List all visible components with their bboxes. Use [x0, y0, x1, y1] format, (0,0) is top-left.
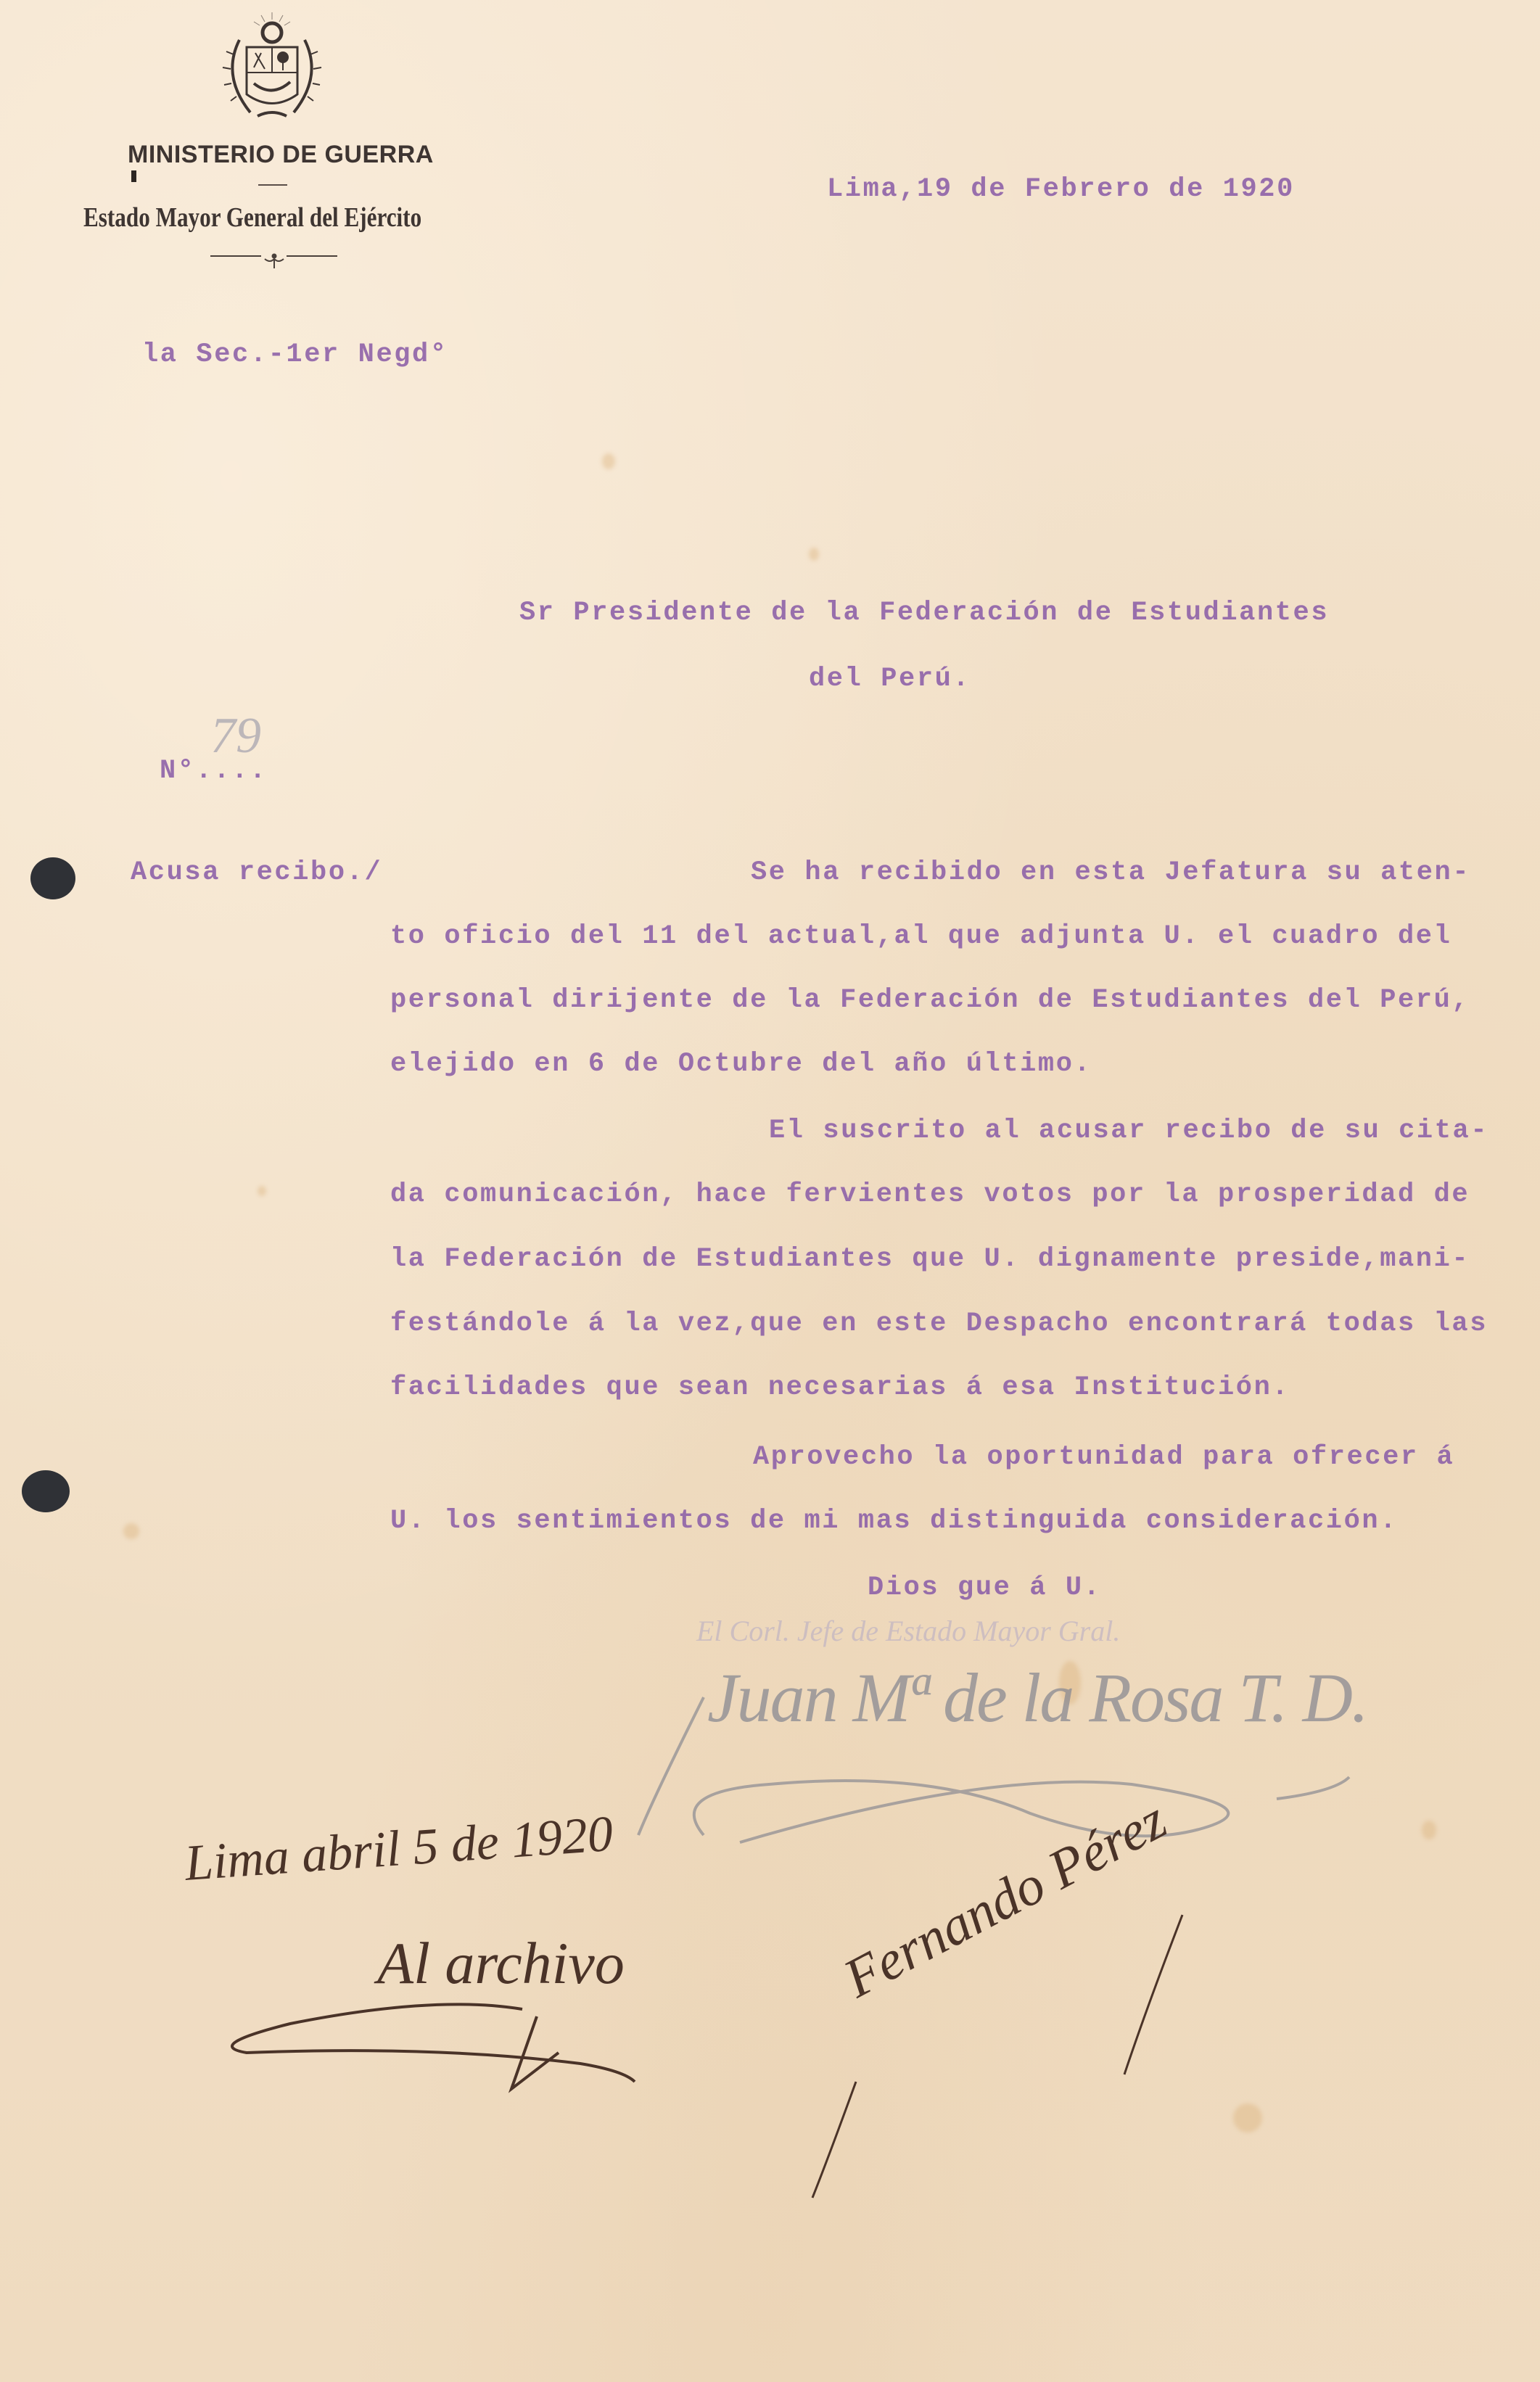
- place-date: Lima,19 de Febrero de 1920: [827, 174, 1295, 205]
- hole-punch-bottom: [22, 1470, 70, 1512]
- body-line: to oficio del 11 del actual,al que adjun…: [390, 921, 1452, 952]
- ink-dot: [131, 170, 136, 182]
- body-line: la Federación de Estudiantes que U. dign…: [390, 1244, 1470, 1274]
- annotation-flourish: [218, 2002, 682, 2096]
- ministry-name: MINISTERIO DE GUERRA: [128, 141, 434, 169]
- paper-stain: [602, 453, 615, 469]
- body-line: personal dirijente de la Federación de E…: [390, 985, 1470, 1015]
- paper-stain: [1422, 1821, 1436, 1839]
- annotation-signature-stroke: [798, 1900, 1233, 2205]
- ornament-divider-icon: [210, 250, 337, 272]
- body-line: festándole á la vez,que en este Despacho…: [390, 1309, 1488, 1339]
- body-line: facilidades que sean necesarias á esa In…: [390, 1372, 1290, 1403]
- body-line: U. los sentimientos de mi mas distinguid…: [390, 1506, 1398, 1536]
- body-line: da comunicación, hace fervientes votos p…: [390, 1179, 1470, 1210]
- closing-line: Dios gue á U.: [868, 1573, 1101, 1603]
- annotation-archive: Al archivo: [377, 1929, 625, 1998]
- body-line: Se ha recibido en esta Jefatura su aten-: [751, 857, 1470, 888]
- annotation-date: Lima abril 5 de 1920: [183, 1805, 614, 1893]
- subject-line: Acusa recibo./: [131, 857, 382, 888]
- addressee-line-1: Sr Presidente de la Federación de Estudi…: [519, 598, 1329, 628]
- body-line: Aprovecho la oportunidad para ofrecer á: [753, 1442, 1454, 1472]
- signature-flourish: [624, 1668, 1422, 1857]
- body-line: elejido en 6 de Octubre del año último.: [390, 1049, 1092, 1079]
- department-name: Estado Mayor General del Ejército: [83, 202, 421, 234]
- paper-stain: [258, 1186, 266, 1196]
- paper-stain: [1233, 2103, 1262, 2132]
- divider-short: [258, 184, 287, 186]
- addressee-line-2: del Perú.: [809, 664, 971, 694]
- number-label: N°....: [160, 756, 268, 786]
- paper-stain: [809, 548, 819, 561]
- paper-stain: [123, 1523, 139, 1539]
- rank-stamp: El Corl. Jefe de Estado Mayor Gral.: [696, 1614, 1120, 1648]
- section-reference: la Sec.-1er Negd°: [142, 339, 448, 370]
- hole-punch-top: [30, 857, 75, 899]
- peru-coat-of-arms-icon: [218, 11, 326, 127]
- body-line: El suscrito al acusar recibo de su cita-: [769, 1116, 1488, 1146]
